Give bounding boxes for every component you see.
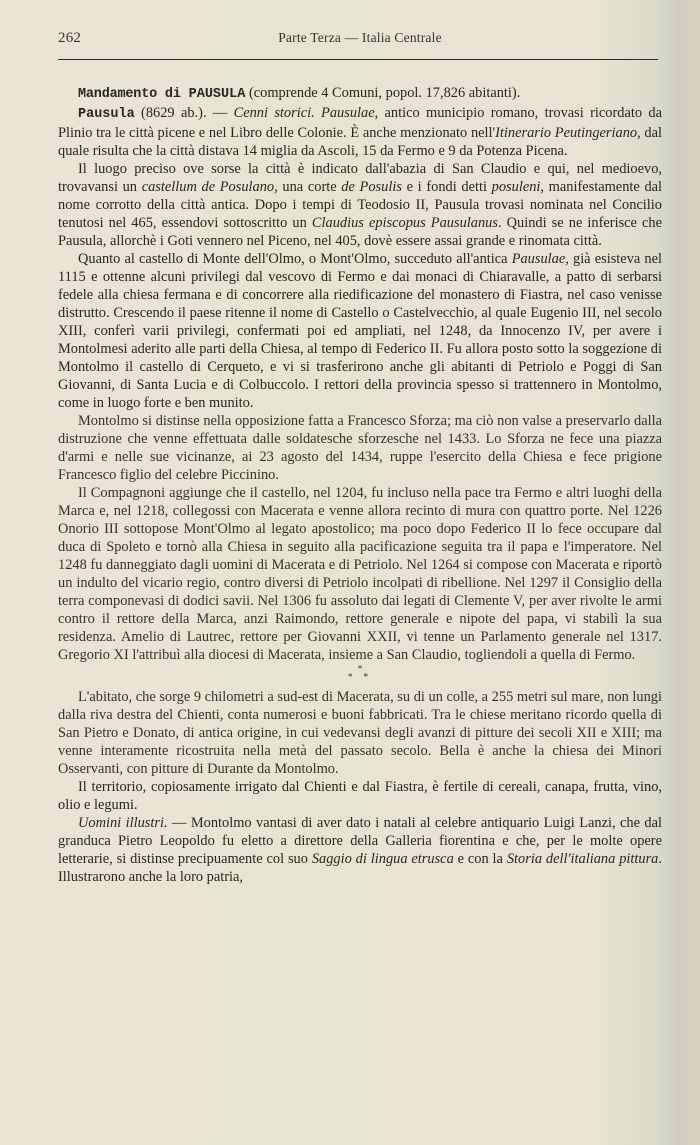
paragraph-3: Quanto al castello di Monte dell'Olmo, o…: [58, 250, 662, 412]
italic-run: castellum de Posulano: [142, 179, 274, 195]
asterism-bottom: * *: [58, 674, 662, 682]
italic-run: de Posulis: [341, 179, 402, 195]
text-run: Quanto al castello di Monte dell'Olmo, o…: [78, 251, 512, 267]
italic-run: Claudius episcopus Pausulanus: [312, 215, 498, 231]
heading-prefix: Mandamento di: [78, 87, 189, 102]
italic-run: Uomini illustri.: [78, 815, 168, 831]
italic-run: posuleni: [492, 179, 541, 195]
section-heading: Mandamento di PAUSULA (comprende 4 Comun…: [58, 84, 662, 104]
running-head: 262 Parte Terza — Italia Centrale: [58, 30, 662, 52]
header-rule: [58, 59, 658, 60]
town-name: Pausula: [78, 107, 135, 122]
paragraph-6: L'abitato, che sorge 9 chilometri a sud-…: [58, 688, 662, 778]
paragraph-7: Il territorio, copiosamente irrigato dal…: [58, 778, 662, 814]
paragraph-5: Il Compagnoni aggiunge che il castello, …: [58, 484, 662, 664]
heading-suffix: (comprende 4 Comuni, popol. 17,826 abita…: [245, 85, 520, 101]
book-page: 262 Parte Terza — Italia Centrale Mandam…: [58, 30, 662, 886]
asterism-divider: * * *: [58, 664, 662, 688]
running-title: Parte Terza — Italia Centrale: [118, 30, 602, 46]
italic-run: Itinerario Peutingeriano: [495, 125, 637, 141]
page-body: Mandamento di PAUSULA (comprende 4 Comun…: [58, 84, 662, 886]
italic-run: Cenni storici. Pausulae: [234, 105, 375, 121]
italic-run: Pausulae: [512, 251, 566, 267]
paragraph-2: Il luogo preciso ove sorse la città è in…: [58, 160, 662, 250]
text-run: , una corte: [274, 179, 341, 195]
paragraph-8: Uomini illustri. — Montolmo vantasi di a…: [58, 814, 662, 886]
text-run: e con la: [454, 851, 507, 867]
text-run: (8629 ab.). —: [135, 105, 234, 121]
page-number: 262: [58, 30, 118, 47]
text-run: e i fondi detti: [402, 179, 492, 195]
heading-name: PAUSULA: [189, 87, 246, 102]
italic-run: Storia dell'italiana pittura: [507, 851, 659, 867]
text-run: , già esisteva nel 1115 e ottenne alcuni…: [58, 251, 662, 411]
paragraph-4: Montolmo si distinse nella opposizione f…: [58, 412, 662, 484]
italic-run: Saggio di lingua etrusca: [312, 851, 454, 867]
paragraph-1: Pausula (8629 ab.). — Cenni storici. Pau…: [58, 104, 662, 160]
